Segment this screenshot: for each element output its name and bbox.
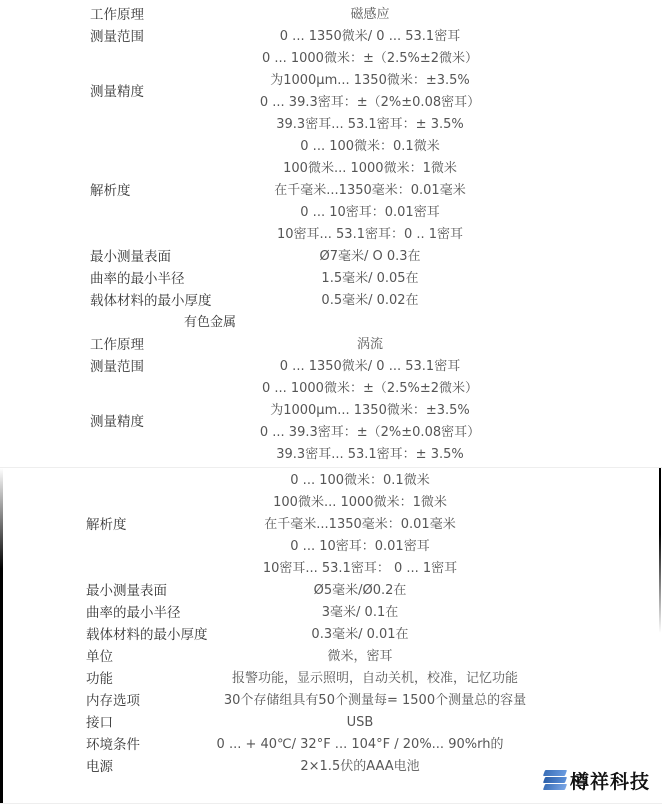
spec-value: 为1000μm... 1350微米：±3.5% xyxy=(150,400,590,422)
brand-name: 樽祥科技 xyxy=(570,767,650,794)
spec-label: 单位 xyxy=(86,646,113,668)
stacked-layers-icon xyxy=(544,769,568,791)
spec-row-memory: 内存选项 30个存储组具有50个测量每= 1500个测量总的容量 xyxy=(0,690,662,712)
spec-value: 100微米... 1000微米：1微米 xyxy=(140,492,580,514)
spec-value: 微米，密耳 xyxy=(140,646,580,668)
spec-row-range: 测量范围 0 ... 1350微米/ 0 ... 53.1密耳 xyxy=(0,26,662,48)
spec-row-range: 测量范围 0 ... 1350微米/ 0 ... 53.1密耳 xyxy=(0,356,662,378)
spec-value: 在千毫米...1350毫米：0.01毫米 xyxy=(150,180,590,202)
spec-label: 测量范围 xyxy=(90,26,144,48)
spec-row-min-thickness: 载体材料的最小厚度 0.5毫米/ 0.02在 xyxy=(0,290,662,312)
spec-value: 0 ... 1350微米/ 0 ... 53.1密耳 xyxy=(150,356,590,378)
spec-value: 0.5毫米/ 0.02在 xyxy=(150,290,590,312)
spec-row-min-radius: 曲率的最小半径 1.5毫米/ 0.05在 xyxy=(0,268,662,290)
spec-label: 工作原理 xyxy=(90,4,144,26)
spec-value: 0 ... 1000微米：±（2.5%±2微米） xyxy=(150,378,590,400)
spec-row-interface: 接口 USB xyxy=(0,712,662,734)
spec-value: Ø5毫米/Ø0.2在 xyxy=(140,580,580,602)
spec-value: 0 ... 39.3密耳：±（2%±0.08密耳） xyxy=(150,422,590,444)
spec-value: 30个存储组具有50个测量每= 1500个测量总的容量 xyxy=(150,690,600,712)
spec-value: 0 ... 1350微米/ 0 ... 53.1密耳 xyxy=(150,26,590,48)
spec-value: USB xyxy=(140,712,580,734)
spec-row-principle: 工作原理 磁感应 xyxy=(0,4,662,26)
spec-section-magnetic: 工作原理 磁感应 测量范围 0 ... 1350微米/ 0 ... 53.1密耳… xyxy=(0,0,662,467)
spec-value: 涡流 xyxy=(150,334,590,356)
spec-value: 2×1.5伏的AAA电池 xyxy=(140,756,580,778)
section-heading: 有色金属 xyxy=(110,312,310,334)
spec-value: 报警功能，显示照明，自动关机，校准，记忆功能 xyxy=(150,668,600,690)
spec-row-min-surface: 最小测量表面 Ø7毫米/ O 0.3在 xyxy=(0,246,662,268)
spec-label: 电源 xyxy=(86,756,113,778)
spec-row-min-thickness: 载体材料的最小厚度 0.3毫米/ 0.01在 xyxy=(0,624,662,646)
brand-logo: 樽祥科技 xyxy=(544,767,650,793)
spec-row-environment: 环境条件 0 ... + 40℃/ 32°F ... 104°F / 20%..… xyxy=(0,734,662,756)
spec-label: 内存选项 xyxy=(86,690,140,712)
spec-row-min-surface: 最小测量表面 Ø5毫米/Ø0.2在 xyxy=(0,580,662,602)
spec-value: 0 ... + 40℃/ 32°F ... 104°F / 20%... 90%… xyxy=(140,734,580,756)
spec-value: 10密耳... 53.1密耳： 0 ... 1密耳 xyxy=(140,558,580,580)
spec-section-nonferrous-general: 解析度 0 ... 100微米：0.1微米 100微米... 1000微米：1微… xyxy=(0,467,662,804)
spec-value: 为1000μm... 1350微米：±3.5% xyxy=(150,70,590,92)
spec-value: 39.3密耳... 53.1密耳：± 3.5% xyxy=(150,114,590,136)
spec-value: 0 ... 1000微米：±（2.5%±2微米） xyxy=(150,48,590,70)
spec-row-unit: 单位 微米，密耳 xyxy=(0,646,662,668)
spec-row-principle: 工作原理 涡流 xyxy=(0,334,662,356)
spec-value: 在千毫米...1350毫米：0.01毫米 xyxy=(140,514,580,536)
spec-value: Ø7毫米/ O 0.3在 xyxy=(150,246,590,268)
spec-value: 100微米... 1000微米：1微米 xyxy=(150,158,590,180)
spec-value: 0.3毫米/ 0.01在 xyxy=(140,624,580,646)
spec-label: 环境条件 xyxy=(86,734,140,756)
spec-row-functions: 功能 报警功能，显示照明，自动关机，校准，记忆功能 xyxy=(0,668,662,690)
spec-value: 3毫米/ 0.1在 xyxy=(140,602,580,624)
spec-value: 0 ... 10密耳：0.01密耳 xyxy=(150,202,590,224)
spec-value: 0 ... 39.3密耳：±（2%±0.08密耳） xyxy=(150,92,590,114)
spec-row-min-radius: 曲率的最小半径 3毫米/ 0.1在 xyxy=(0,602,662,624)
spec-label: 测量范围 xyxy=(90,356,144,378)
section-heading-nonferrous: 有色金属 xyxy=(0,312,662,334)
spec-label: 接口 xyxy=(86,712,113,734)
spec-label: 功能 xyxy=(86,668,113,690)
spec-value: 10密耳... 53.1密耳：0 .. 1密耳 xyxy=(150,224,590,246)
spec-value: 0 ... 100微米：0.1微米 xyxy=(140,470,580,492)
spec-value: 1.5毫米/ 0.05在 xyxy=(150,268,590,290)
spec-label: 工作原理 xyxy=(90,334,144,356)
spec-value: 0 ... 100微米：0.1微米 xyxy=(150,136,590,158)
spec-value: 磁感应 xyxy=(150,4,590,26)
spec-value: 39.3密耳... 53.1密耳：± 3.5% xyxy=(150,444,590,466)
spec-value: 0 ... 10密耳：0.01密耳 xyxy=(140,536,580,558)
